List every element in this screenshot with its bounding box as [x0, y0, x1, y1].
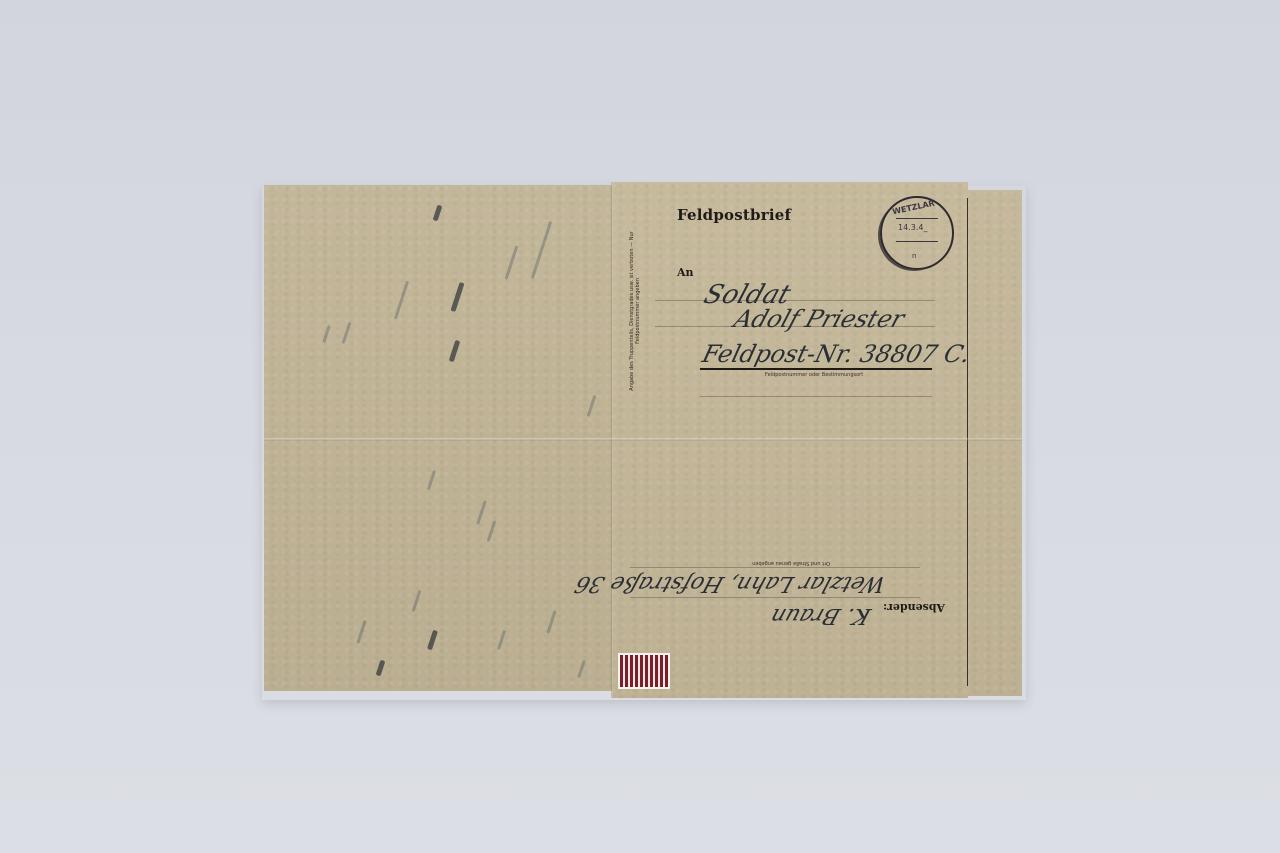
sender-caption: Ort und Straße genau angeben	[752, 560, 830, 566]
sender-block: Absender: K. Braun Wetzlar Lahn, Hofstra…	[620, 545, 950, 640]
address-rule	[700, 396, 932, 397]
postmark-town: WETZLAR	[892, 199, 936, 217]
archive-barcode-label	[618, 653, 670, 689]
printed-title: Feldpostbrief	[677, 206, 791, 224]
scan-stage: Feldpostbrief An Angabe des Truppenteils…	[0, 0, 1280, 853]
recipient-prefix: An	[677, 266, 694, 279]
postmark-stamp: WETZLAR 14.3.4_ n	[880, 196, 954, 270]
horizontal-fold	[264, 438, 1022, 441]
address-rule-bold	[700, 368, 932, 370]
sender-rule	[630, 597, 920, 598]
recipient-line-2: Adolf Priester	[730, 305, 908, 333]
sender-line-1: K. Braun	[767, 603, 874, 628]
sender-label: Absender:	[883, 601, 945, 614]
side-note: Angabe des Truppenteils, Dienstgrades us…	[629, 216, 641, 406]
recipient-caption: Feldpostnummer oder Bestimmungsort	[765, 372, 863, 378]
sender-rule	[630, 567, 920, 568]
postmark-date: 14.3.4_	[898, 223, 927, 232]
address-rule	[655, 300, 935, 301]
letter-flap	[966, 190, 1022, 696]
recipient-line-3: Feldpost-Nr. 38807 C.	[700, 340, 974, 368]
postmark-letter-code: n	[912, 252, 916, 260]
flap-edge-line	[967, 198, 968, 686]
sender-line-2: Wetzlar Lahn, Hofstraße 36	[572, 571, 889, 596]
